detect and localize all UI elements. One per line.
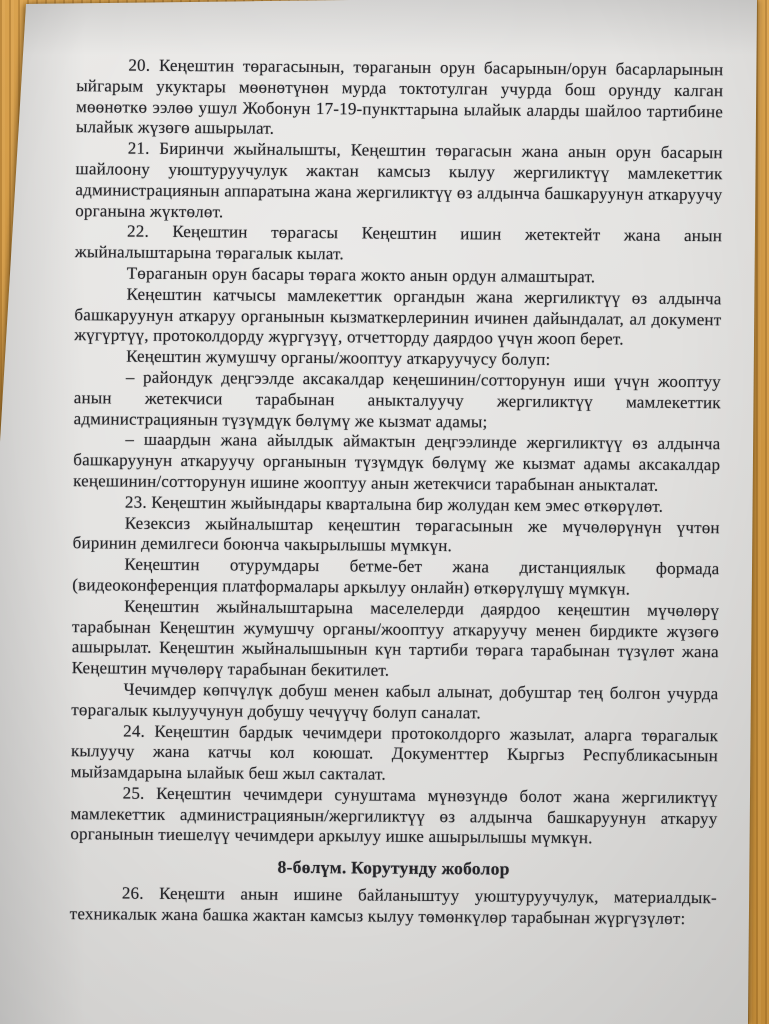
paragraph: 21. Биринчи жыйналышты, Кеңештин төрагас… bbox=[75, 138, 723, 226]
paragraph: 25. Кеңештин чечимдери сунуштама мүнөзүн… bbox=[70, 783, 717, 850]
paragraph: 24. Кеңештин бардык чечимдери протоколдо… bbox=[71, 721, 718, 788]
paragraph: Кеңештин жыйналыштарына маселелерди даяр… bbox=[72, 596, 720, 684]
document-text: 20. Кеңештин төрагасынын, төраганын орун… bbox=[0, 0, 769, 930]
paper-surface: 20. Кеңештин төрагасынын, төраганын орун… bbox=[0, 0, 769, 1024]
section-heading: 8-бөлүм. Корутунду жоболор bbox=[70, 855, 717, 881]
paragraph: 26. Кеңешти анын ишине байланыштуу уюшту… bbox=[70, 883, 717, 930]
photo-scene: 20. Кеңештин төрагасынын, төраганын орун… bbox=[0, 0, 769, 1024]
paragraph: Кеңештин катчысы мамлекеттик органдын жа… bbox=[74, 284, 721, 351]
paragraph: Кеңештин отурумдары бетме-бет жана диста… bbox=[72, 554, 719, 601]
paper-sheet: 20. Кеңештин төрагасынын, төраганын орун… bbox=[0, 0, 769, 1024]
paragraph: 20. Кеңештин төрагасынын, төраганын орун… bbox=[76, 55, 724, 143]
paragraph: 22. Кеңештин төрагасы Кеңештин ишин жете… bbox=[75, 222, 722, 269]
paragraph: – райондук деңгээлде аксакалдар кеңешини… bbox=[74, 367, 721, 434]
paragraph: Кезексиз жыйналыштар кеңештин төрагасыны… bbox=[73, 513, 720, 560]
paragraph: – шаардын жана айылдык аймактын деңгээли… bbox=[73, 430, 720, 497]
paragraph: Чечимдер көпчүлүк добуш менен кабыл алын… bbox=[71, 679, 718, 726]
